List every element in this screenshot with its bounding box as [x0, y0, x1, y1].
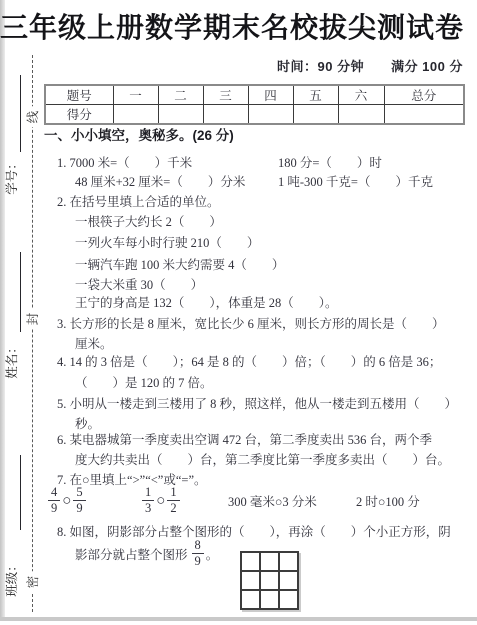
- question-line: 一列火车每小时行驶 210（ ）: [0, 233, 477, 251]
- fraction-pair: 1 3 ○ 1 2: [142, 484, 180, 518]
- question-line: 一根筷子大约长 2（ ）: [0, 212, 477, 230]
- fraction: 8 9: [192, 539, 204, 569]
- score-cell: [203, 105, 248, 125]
- score-table-header: 五: [293, 85, 338, 105]
- score-row-label: 得分: [45, 105, 113, 125]
- q8-period: 。: [206, 545, 219, 563]
- q8-line2-text: 影部分就占整个图形: [75, 545, 188, 563]
- grid-cell: [279, 571, 298, 590]
- score-cell: [248, 105, 293, 125]
- grid-cell: [260, 590, 279, 609]
- grid-cell: [241, 552, 260, 571]
- question-line: 2. 在括号里填上合适的单位。: [0, 192, 477, 210]
- score-cell: [158, 105, 203, 125]
- comparison-text: 2 时○100 分: [356, 492, 420, 510]
- score-table-header: 三: [203, 85, 248, 105]
- compare-circle: ○: [154, 494, 167, 509]
- score-table-header: 二: [158, 85, 203, 105]
- scan-edge-bottom: [0, 617, 477, 621]
- question-line: 度大约共卖出（ ）台，第二季度比第一季度多卖出（ ）台。: [0, 450, 477, 468]
- grid-cell: [279, 552, 298, 571]
- comparison-text: 300 毫米○3 分米: [228, 492, 317, 510]
- score-cell: [384, 105, 464, 125]
- grid-cell: [241, 590, 260, 609]
- fraction-pair: 4 9 ○ 5 9: [48, 484, 86, 518]
- page-title: 三年级上册数学期末名校拔尖测试卷: [0, 6, 462, 46]
- score-table-header-row: 题号 一 二 三 四 五 六 总分: [45, 85, 464, 105]
- score-cell: [293, 105, 338, 125]
- student-id-underline: [20, 75, 21, 152]
- question-line: 1. 7000 米=（ ）千米 180 分=（ ）时: [0, 153, 477, 171]
- score-table-header: 一: [113, 85, 158, 105]
- question-line: 6. 某电器城第一季度卖出空调 472 台，第二季度卖出 536 台，两个季: [0, 430, 477, 448]
- fraction: 4 9: [48, 486, 60, 516]
- fraction: 1 2: [167, 486, 179, 516]
- score-cell: [338, 105, 384, 125]
- question-line: 3. 长方形的长是 8 厘米，宽比长少 6 厘米，则长方形的周长是（ ）: [0, 314, 477, 332]
- q8-fraction-line: 影部分就占整个图形 8 9 。: [0, 536, 477, 572]
- question-line: 一袋大米重 30（ ）: [0, 275, 477, 293]
- score-table-header: 六: [338, 85, 384, 105]
- score-table-score-row: 得分: [45, 105, 464, 125]
- question-line: 王宁的身高是 132（ ），体重是 28（ ）。: [0, 293, 477, 311]
- exam-meta: 时间：90 分钟 满分 100 分: [277, 56, 463, 75]
- q7-comparison-row: 4 9 ○ 5 9 1 3 ○ 1 2 300 毫米○3 分米 2 时○100 …: [0, 484, 477, 518]
- score-table-header: 题号: [45, 85, 113, 105]
- fraction: 1 3: [142, 486, 154, 516]
- grid-cell: [260, 571, 279, 590]
- question-line: 5. 小明从一楼走到三楼用了 8 秒，照这样，他从一楼走到五楼用（ ）: [0, 394, 477, 412]
- section-heading: 一、小小填空，奥秘多。(26 分): [44, 124, 234, 144]
- question-line: 4. 14 的 3 倍是（ ）；64 是 8 的（ ）倍；（ ）的 6 倍是 3…: [0, 352, 477, 370]
- grid-cell: [241, 571, 260, 590]
- compare-circle: ○: [60, 494, 73, 509]
- seal-char-mi: 密: [27, 572, 40, 593]
- fraction: 5 9: [73, 486, 85, 516]
- score-table: 题号 一 二 三 四 五 六 总分 得分: [44, 84, 465, 125]
- score-table-header: 四: [248, 85, 293, 105]
- question-line: 厘米。: [0, 334, 477, 352]
- question-line: 一辆汽车跑 100 米大约需要 4（ ）: [0, 255, 477, 273]
- grid-cell: [279, 590, 298, 609]
- test-paper-page: 线 封 密 学号： 姓名： 班级： 三年级上册数学期末名校拔尖测试卷 时间：90…: [0, 0, 477, 625]
- score-cell: [113, 105, 158, 125]
- grid-figure: [240, 551, 299, 610]
- question-line: 48 厘米+32 厘米=（ ）分米 1 吨-300 千克=（ ）千克: [0, 172, 477, 190]
- grid-cell: [260, 552, 279, 571]
- question-line: （ ）是 120 的 7 倍。: [0, 373, 477, 391]
- seal-char-line: 线: [27, 107, 40, 128]
- score-table-header: 总分: [384, 85, 464, 105]
